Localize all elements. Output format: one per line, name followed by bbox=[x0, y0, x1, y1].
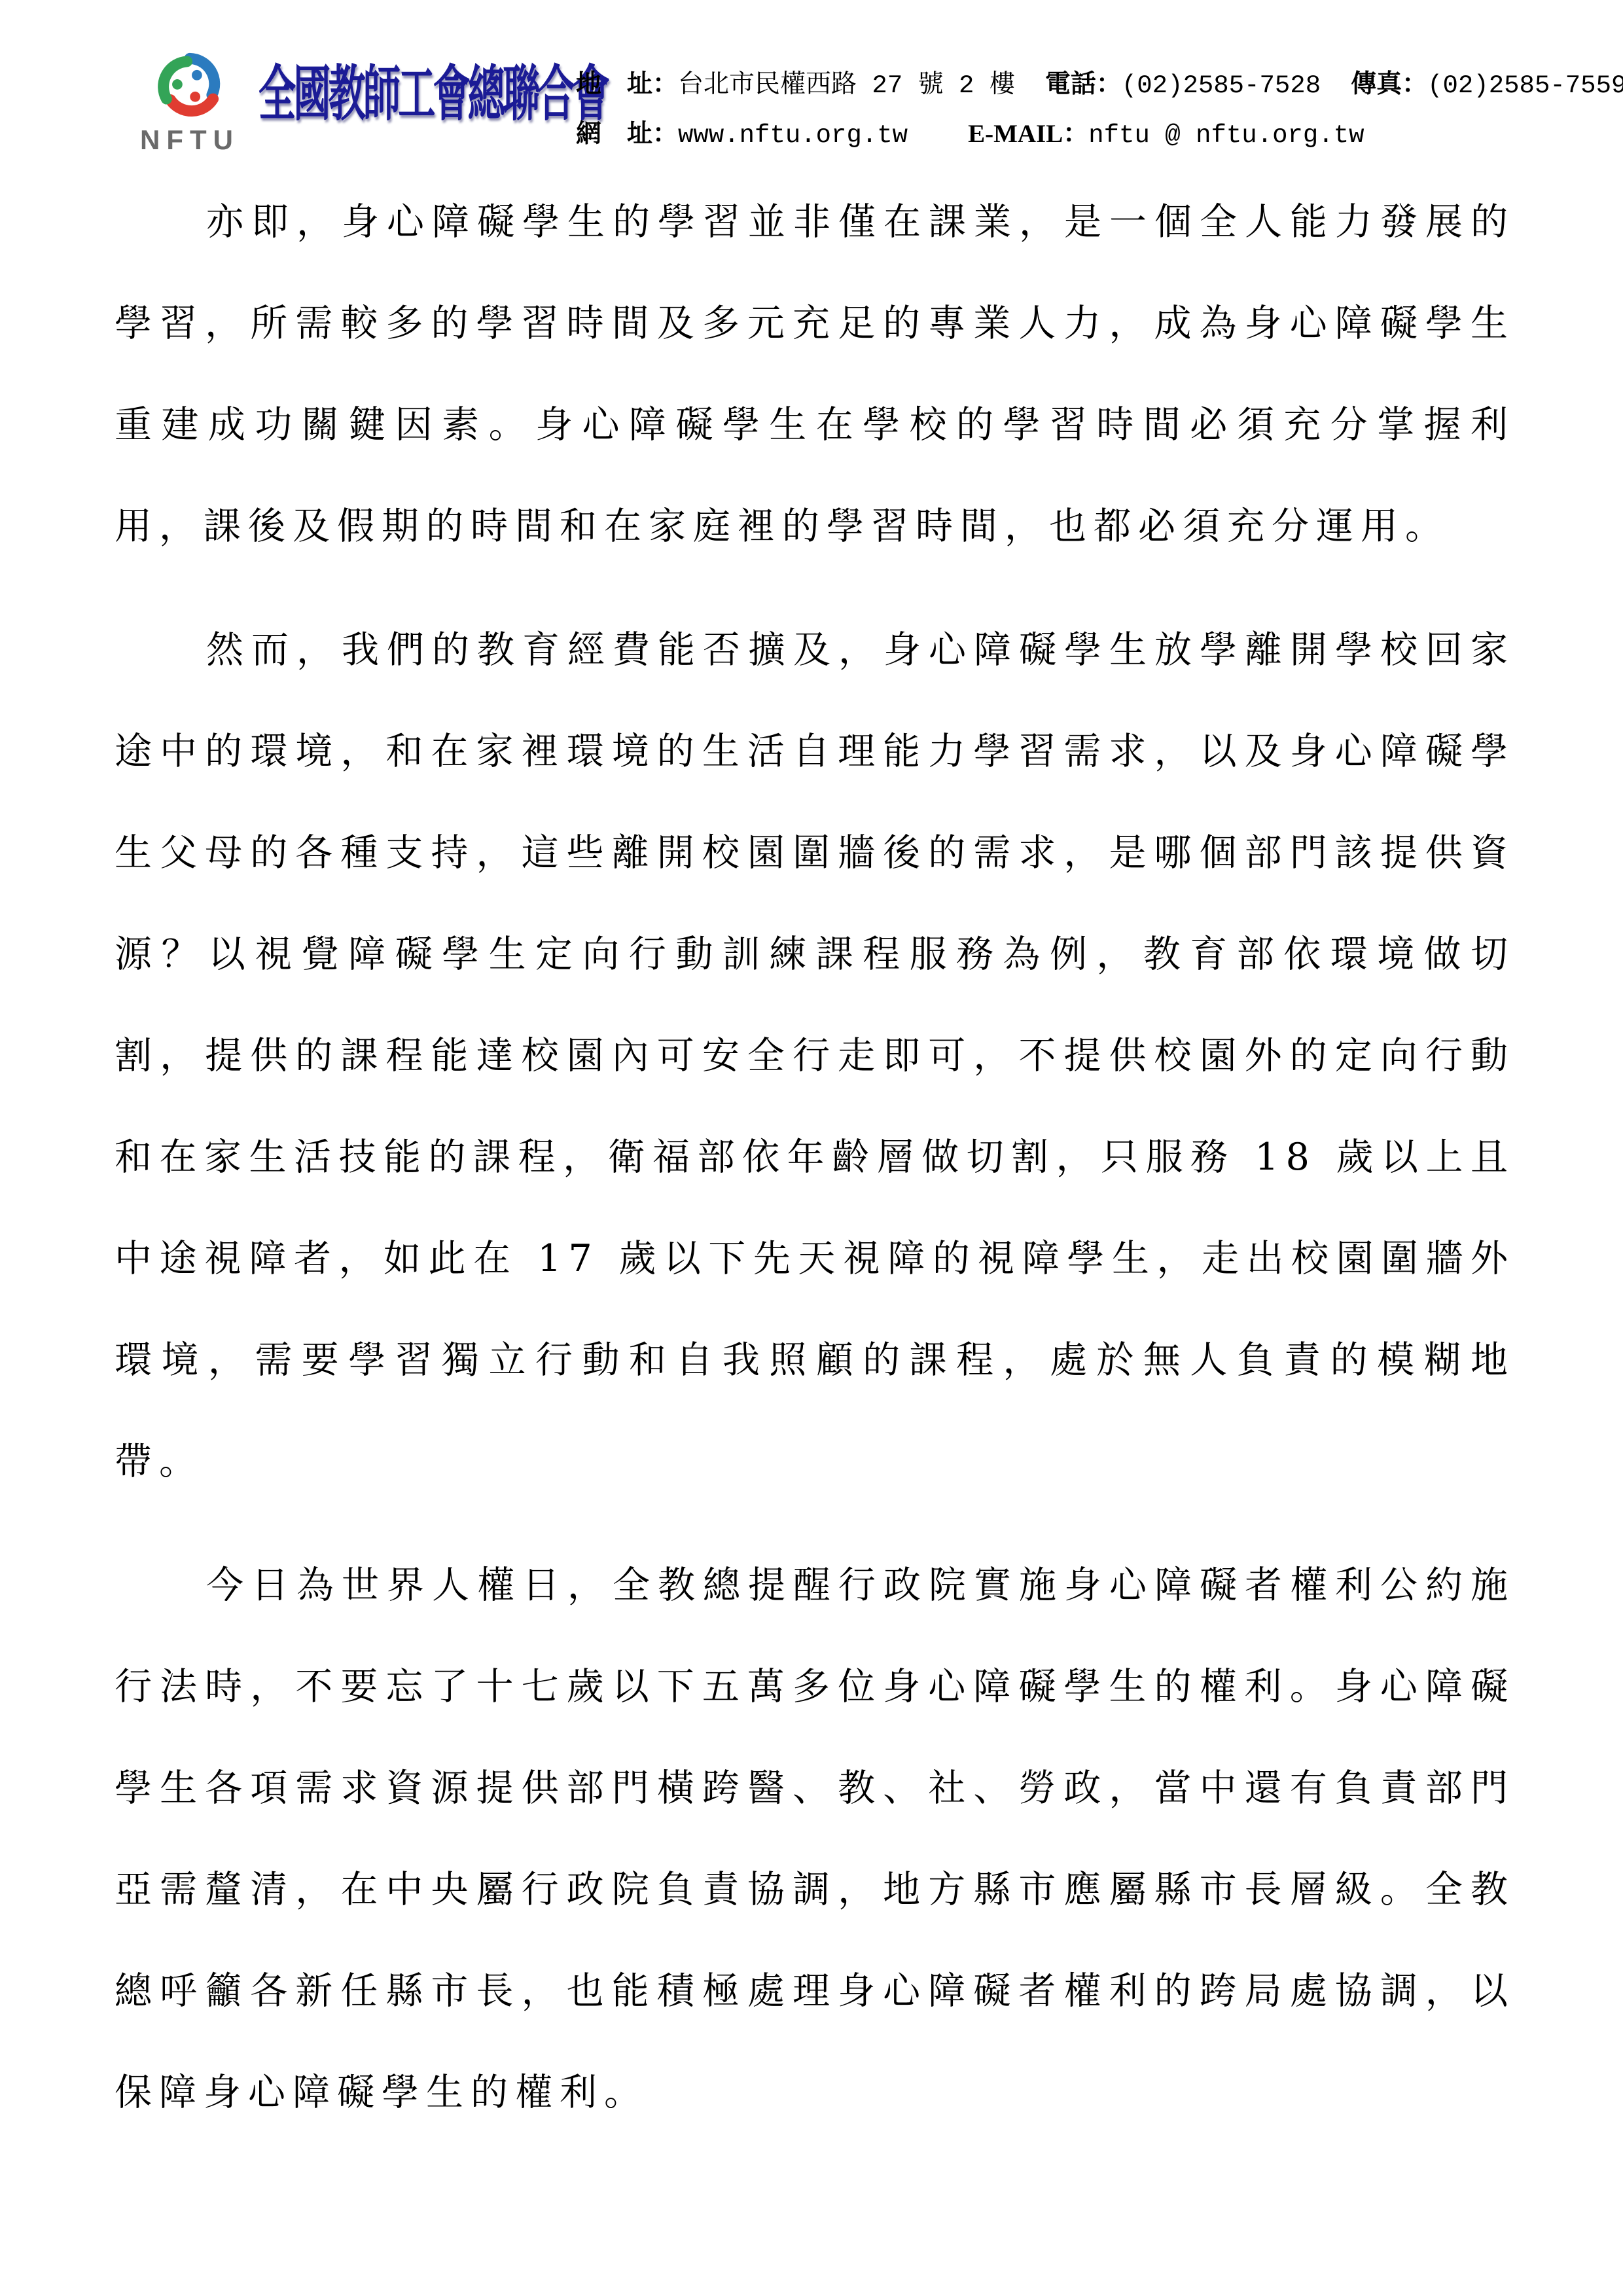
phone-value: (02)2585-7528 bbox=[1122, 71, 1321, 100]
org-name-calligraphy: 全國教師工會總聯合會 bbox=[259, 51, 607, 136]
email-value: nftu @ nftu.org.tw bbox=[1088, 121, 1364, 150]
fax-label: 傳真： bbox=[1351, 70, 1427, 98]
website-label: 網 址： bbox=[576, 120, 678, 148]
nftu-emblem-icon bbox=[124, 46, 255, 125]
contact-info: 地 址：台北市民權西路 27 號 2 樓電話：(02)2585-7528傳真：(… bbox=[576, 60, 1623, 160]
address-value: 台北市民權西路 27 號 2 樓 bbox=[678, 71, 1015, 100]
document-body: 亦即，身心障礙學生的學習並非僅在課業，是一個全人能力發展的學習，所需較多的學習時… bbox=[115, 171, 1515, 2166]
press-release-page: NFTU 全國教師工會總聯合會 地 址：台北市民權西路 27 號 2 樓電話：(… bbox=[0, 0, 1623, 2296]
nftu-acronym: NFTU bbox=[140, 126, 240, 154]
contact-row-2: 網 址：www.nftu.org.twE-MAIL：nftu @ nftu.or… bbox=[576, 110, 1623, 160]
paragraph-1: 亦即，身心障礙學生的學習並非僅在課業，是一個全人能力發展的學習，所需較多的學習時… bbox=[115, 171, 1515, 577]
address-label: 地 址： bbox=[576, 70, 678, 98]
email-label: E-MAIL： bbox=[968, 120, 1088, 148]
phone-label: 電話： bbox=[1045, 70, 1122, 98]
fax-value: (02)2585-7559 bbox=[1427, 71, 1623, 100]
nftu-emblem: NFTU bbox=[121, 46, 259, 154]
paragraph-3: 今日為世界人權日，全教總提醒行政院實施身心障礙者權利公約施行法時，不要忘了十七歲… bbox=[115, 1535, 1515, 2144]
paragraph-2: 然而，我們的教育經費能否擴及，身心障礙學生放學離開學校回家途中的環境，和在家裡環… bbox=[115, 600, 1515, 1513]
contact-row-1: 地 址：台北市民權西路 27 號 2 樓電話：(02)2585-7528傳真：(… bbox=[576, 60, 1623, 110]
website-value: www.nftu.org.tw bbox=[678, 121, 908, 150]
letterhead: NFTU 全國教師工會總聯合會 地 址：台北市民權西路 27 號 2 樓電話：(… bbox=[121, 46, 1512, 170]
